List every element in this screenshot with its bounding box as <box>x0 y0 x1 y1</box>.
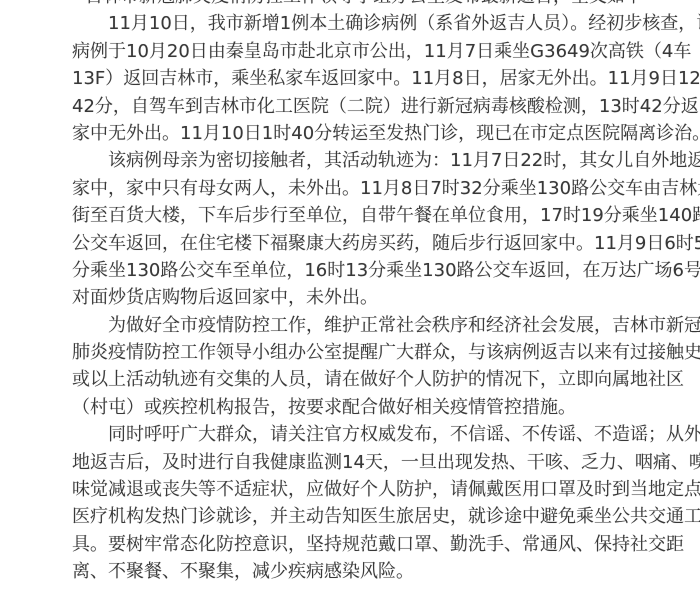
announcement-document: 吉林市新冠肺炎疫情防控工作领导小组办公室发布最新通告，全文如下 11月10日，我… <box>72 0 688 586</box>
text-line: 地返吉后，及时进行自我健康监测14天，一旦出现发热、干咳、乏力、咽痛、嗅 <box>72 449 688 476</box>
text-line: 医疗机构发热门诊就诊，并主动告知医生旅居史，就诊途中避免乘坐公共交通工 <box>72 503 688 530</box>
text-line: 离、不聚餐、不聚集，减少疾病感染风险。 <box>72 558 688 585</box>
paragraph-mother-trajectory: 该病例母亲为密切接触者，其活动轨迹为：11月7日22时，其女儿自外地返回 家中，… <box>72 147 688 311</box>
text-line: 13F）返回吉林市，乘坐私家车返回家中。11月8日，居家无外出。11月9日12时 <box>72 65 688 92</box>
text-line: 分乘坐130路公交车至单位，16时13分乘坐130路公交车返回，在万达广场6号门 <box>72 257 688 284</box>
text-line: （村屯）或疾控机构报告，按要求配合做好相关疫情管控措施。 <box>72 394 688 421</box>
text-line: 公交车返回，在住宅楼下福聚康大药房买药，随后步行返回家中。11月9日6时57 <box>72 230 688 257</box>
text-line: 街至百货大楼，下车后步行至单位，自带午餐在单位食用，17时19分乘坐140路 <box>72 202 688 229</box>
paragraph-report-notice: 为做好全市疫情防控工作，维护正常社会秩序和经济社会发展，吉林市新冠 肺炎疫情防控… <box>72 312 688 422</box>
text-line: 对面炒货店购物后返回家中，未外出。 <box>72 284 688 311</box>
text-line: 具。要树牢常态化防控意识，坚持规范戴口罩、勤洗手、常通风、保持社交距 <box>72 531 688 558</box>
text-line: 病例于10月20日由秦皇岛市赴北京市公出，11月7日乘坐G3649次高铁（4车 <box>72 38 688 65</box>
text-line: 家中无外出。11月10日1时40分转运至发热门诊，现已在市定点医院隔离诊治。 <box>72 120 688 147</box>
text-line: 或以上活动轨迹有交集的人员，请在做好个人防护的情况下，立即向属地社区 <box>72 366 688 393</box>
text-line: 家中，家中只有母女两人，未外出。11月8日7时32分乘坐130路公交车由吉林大 <box>72 175 688 202</box>
text-line: 该病例母亲为密切接触者，其活动轨迹为：11月7日22时，其女儿自外地返回 <box>72 147 688 174</box>
text-line: 味觉减退或丧失等不适症状，应做好个人防护，请佩戴医用口罩及时到当地定点 <box>72 476 688 503</box>
text-line: 为做好全市疫情防控工作，维护正常社会秩序和经济社会发展，吉林市新冠 <box>72 312 688 339</box>
text-line: 42分，自驾车到吉林市化工医院（二院）进行新冠病毒核酸检测，13时42分返回 <box>72 93 688 120</box>
clipped-top-text-line: 吉林市新冠肺炎疫情防控工作领导小组办公室发布最新通告，全文如下 <box>72 0 688 10</box>
text-line: 肺炎疫情防控工作领导小组办公室提醒广大群众，与该病例返吉以来有过接触史 <box>72 339 688 366</box>
text-line: 同时呼吁广大群众，请关注官方权威发布，不信谣、不传谣、不造谣；从外 <box>72 421 688 448</box>
paragraph-case-trajectory: 11月10日，我市新增1例本土确诊病例（系省外返吉人员）。经初步核查，该 病例于… <box>72 10 688 147</box>
paragraph-public-appeal: 同时呼吁广大群众，请关注官方权威发布，不信谣、不传谣、不造谣；从外 地返吉后，及… <box>72 421 688 585</box>
text-line: 11月10日，我市新增1例本土确诊病例（系省外返吉人员）。经初步核查，该 <box>72 10 688 37</box>
